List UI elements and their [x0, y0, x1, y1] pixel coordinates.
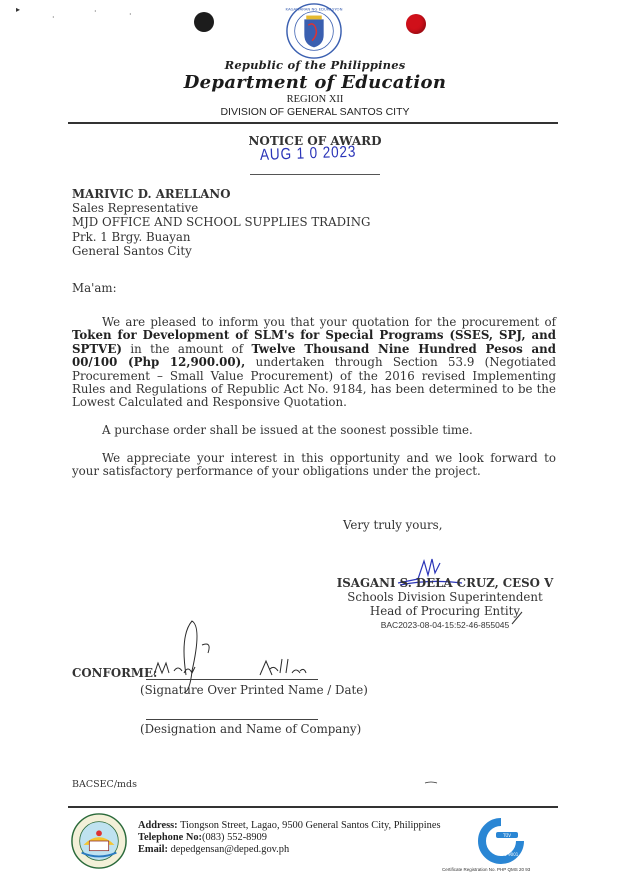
address-label: Address:	[138, 820, 178, 831]
scan-artifact: ·	[129, 10, 132, 19]
salutation: Ma'am:	[72, 281, 117, 295]
iso-certification-icon: TÜV ISO 9001	[478, 818, 524, 864]
scan-artifact: ·	[52, 13, 55, 22]
reference-initials: BACSEC/mds	[72, 779, 137, 790]
body-paragraph-2: A purchase order shall be issued at the …	[72, 424, 556, 437]
recipient-company: MJD OFFICE AND SCHOOL SUPPLIES TRADING	[72, 215, 370, 229]
header-republic: Republic of the Philippines	[0, 58, 630, 72]
scan-artifact: ▸	[16, 5, 20, 14]
conforme-label: CONFORME:	[72, 666, 157, 680]
company-line	[146, 719, 318, 720]
recipient-name: MARIVIC D. ARELLANO	[72, 187, 370, 201]
title-underline	[250, 174, 380, 175]
header-department: Department of Education	[0, 72, 630, 93]
address-value: Tiongson Street, Lagao, 9500 General San…	[178, 820, 441, 831]
signatory-name: ISAGANI S. DELA CRUZ, CESO V	[330, 576, 560, 590]
phone-value: (083) 552-8909	[202, 832, 267, 843]
punch-hole-right	[406, 14, 426, 34]
signatory-title-2: Head of Procuring Entity	[330, 604, 560, 618]
email-label: Email:	[138, 844, 168, 855]
svg-text:TÜV: TÜV	[502, 833, 511, 838]
header-division: DIVISION OF GENERAL SANTOS CITY	[0, 106, 630, 118]
date-stamp: AUG 1 0 2023	[260, 144, 357, 165]
scan-artifact: ·	[94, 7, 97, 16]
svg-text:ISO 9001: ISO 9001	[500, 852, 519, 857]
email-value[interactable]: depedgensan@deped.gov.ph	[168, 844, 289, 855]
punch-hole-left	[194, 12, 214, 32]
reference-code: BAC2023-08-04-15:52-46-855045	[330, 618, 560, 632]
recipient-address-line2: General Santos City	[72, 244, 370, 258]
recipient-block: MARIVIC D. ARELLANO Sales Representative…	[72, 187, 370, 258]
pen-mark	[424, 780, 438, 784]
signatory-block: ISAGANI S. DELA CRUZ, CESO V Schools Div…	[330, 576, 560, 632]
phone-label: Telephone No:	[138, 832, 202, 843]
recipient-address-line1: Prk. 1 Brgy. Buayan	[72, 230, 370, 244]
header-region: REGION XII	[0, 94, 630, 105]
footer-contact: Address: Tiongson Street, Lagao, 9500 Ge…	[138, 820, 441, 856]
p1-text-b: in the amount of	[122, 342, 252, 356]
signature-caption: (Signature Over Printed Name / Date)	[140, 683, 368, 697]
svg-text:KAGAWARAN NG EDUKASYON: KAGAWARAN NG EDUKASYON	[286, 7, 343, 12]
deped-seal-icon: KAGAWARAN NG EDUKASYON	[285, 2, 343, 60]
body-paragraph-1: We are pleased to inform you that your q…	[72, 316, 556, 410]
footer-divider	[68, 806, 558, 808]
check-mark-icon	[510, 610, 524, 626]
signature-line	[146, 679, 318, 680]
closing: Very truly yours,	[343, 518, 442, 532]
p1-text-a: We are pleased to inform you that your q…	[102, 315, 556, 329]
company-caption: (Designation and Name of Company)	[140, 722, 361, 736]
header-divider	[68, 122, 558, 124]
certificate-registration: Certificate Registration No. PHP QMS 20 …	[442, 867, 530, 872]
signatory-title-1: Schools Division Superintendent	[330, 590, 560, 604]
body-paragraph-3: We appreciate your interest in this oppo…	[72, 452, 556, 479]
recipient-position: Sales Representative	[72, 201, 370, 215]
division-logo-icon	[70, 812, 128, 870]
